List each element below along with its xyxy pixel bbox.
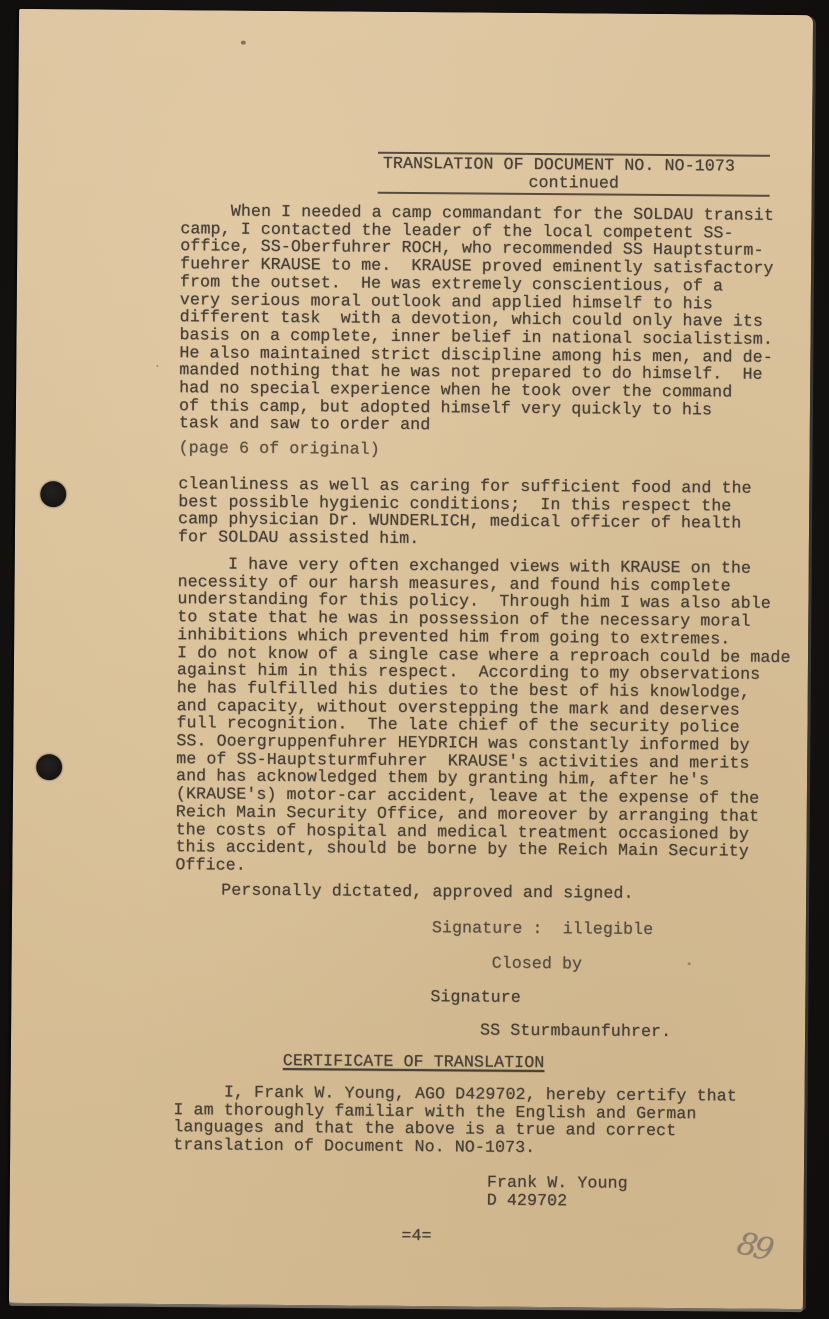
scan-background: TRANSLATION OF DOCUMENT NO. NO-1073 cont… — [0, 0, 829, 1319]
paper-speck — [156, 365, 158, 367]
rank-line: SS Sturmbaunfuhrer. — [480, 1022, 671, 1041]
signature-illegible-line: Signature : illegible — [432, 919, 653, 938]
translator-signature-block: Frank W. Young D 429702 — [487, 1174, 628, 1211]
document-header: TRANSLATION OF DOCUMENT NO. NO-1073 cont… — [378, 152, 770, 197]
dictated-line: Personally dictated, approved and signed… — [221, 882, 634, 903]
certificate-body: I, Frank W. Young, AGO D429702, hereby c… — [173, 1083, 737, 1158]
document-page: TRANSLATION OF DOCUMENT NO. NO-1073 cont… — [9, 9, 813, 1309]
paragraph-3: I have very often exchanged views with K… — [175, 555, 791, 878]
hole-punch-bottom — [36, 754, 62, 780]
paper-speck — [241, 41, 246, 45]
handwritten-page-number: 89 — [734, 1225, 775, 1268]
paragraph-1: When I needed a camp commandant for the … — [179, 202, 774, 437]
page-note: (page 6 of original) — [179, 439, 380, 458]
closed-by-line: Closed by — [492, 955, 583, 973]
signature-word-line: Signature — [430, 988, 521, 1006]
document-subtitle: continued — [378, 172, 770, 193]
page-number: =4= — [401, 1227, 431, 1245]
paragraph-2: cleanliness as well as caring for suffic… — [178, 475, 752, 550]
paper-speck — [688, 962, 691, 965]
certificate-title: CERTIFICATE OF TRANSLATION — [283, 1052, 545, 1072]
hole-punch-top — [40, 481, 66, 507]
